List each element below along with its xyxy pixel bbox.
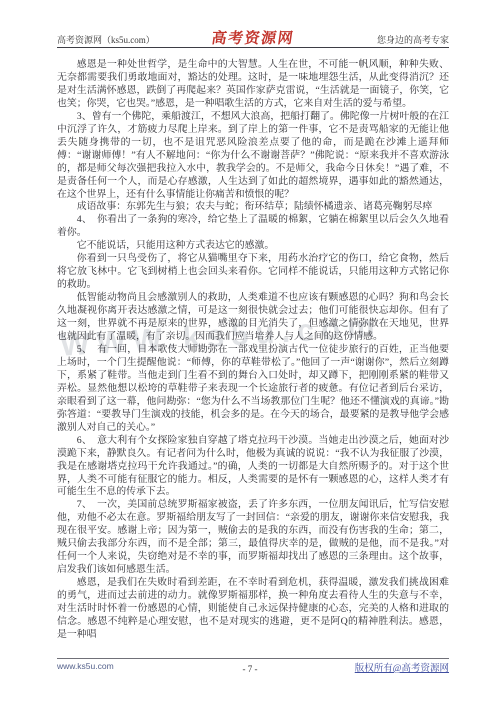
paragraph-item-6: 6、 意大利有个女探险家独自穿越了塔克拉玛干沙漠。当她走出沙漠之后，她面对沙漠跪… <box>57 435 449 500</box>
footer-copyright: 版权所有@高考资源网 <box>355 660 449 674</box>
paragraph-item-4: 4、 你看出了一条狗的寒冷，给它垫上了温暖的棉絮，它躺在棉絮里以后会久久地看着你… <box>57 214 449 240</box>
site-logo: 高考资源网 <box>210 27 295 48</box>
paragraph-item-5: 5、 有一回，日本歌伎大师勘弥在一部戏里扮演古代一位徒步旅行的百姓，正当他要上场… <box>57 344 449 435</box>
header-slogan: 您身边的高考专家 <box>377 33 449 46</box>
paragraph-animal-gratitude: 低智能动物尚且会感激别人的救助，人类难道不也应该有颗感恩的心吗？狗和鸟会长久地凝… <box>57 292 449 344</box>
page-header: 高考资源网（ks5u.com） 高考资源网 您身边的高考专家 <box>57 27 449 47</box>
paragraph-idiom-stories: 成语故事：东郭先生与狼；农夫与蛇；衔环结草；陆绩怀橘遗亲、诸葛亮鞠躬尽瘁 <box>57 201 449 214</box>
paragraph-bird-rescue: 你看到一只鸟受伤了，将它从猫嘴里夺下来，用药水治疗它的伤口，给它食物，然后将它放… <box>57 253 449 292</box>
header-site-name: 高考资源网（ks5u.com） <box>57 33 155 46</box>
paragraph-item-3: 3、曾有一个佛陀，乘船渡江，不想风大浪高，把船打翻了。佛陀像一片树叶般的在江中沉… <box>57 111 449 202</box>
paragraph-conclusion: 感恩，是我们在失败时看到差距，在不幸时看到危机，获得温暖，激发我们挑战困难的勇气… <box>57 577 449 642</box>
paragraph-dog-gratitude: 它不能说话，只能用这种方式表达它的感激。 <box>57 240 449 253</box>
header-divider <box>57 47 449 48</box>
footer-divider <box>57 658 449 659</box>
document-body: 感恩是一种处世哲学，是生命中的大智慧。人生在世，不可能一帆风顺，种种失败、无奈都… <box>57 59 449 642</box>
paragraph-item-7: 7、 一次，美国前总统罗斯福家被盗，丢了许多东西，一位朋友闻讯后，忙写信安慰他，… <box>57 499 449 577</box>
document-page: 高考资源网（ks5u.com） 高考资源网 您身边的高考专家 WWW.ks5u.… <box>0 0 500 708</box>
paragraph-intro: 感恩是一种处世哲学，是生命中的大智慧。人生在世，不可能一帆风顺，种种失败、无奈都… <box>57 59 449 111</box>
